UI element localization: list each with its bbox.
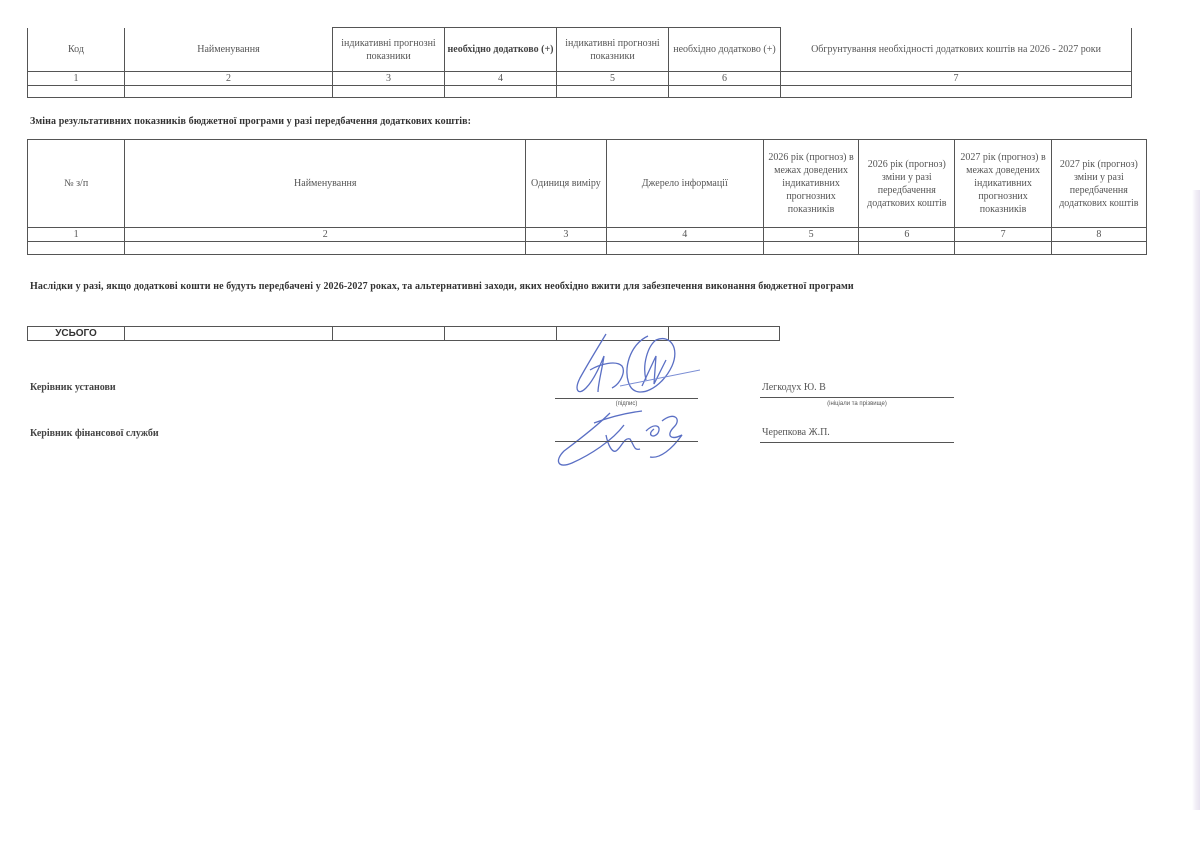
header-2027-change: 2027 рік (прогноз) зміни у разі передбач… (1051, 140, 1146, 228)
col-number: 1 (28, 228, 125, 242)
col-number: 5 (763, 228, 858, 242)
header-number: № з/п (28, 140, 125, 228)
finance-signature-line (555, 441, 698, 442)
table-cell[interactable] (125, 242, 526, 255)
head-name-line (760, 397, 954, 398)
table1-header-row: Код Найменування індикативні прогнозні п… (28, 28, 1132, 72)
col-number: 4 (606, 228, 763, 242)
table1-number-row: 1 2 3 4 5 6 7 (28, 72, 1132, 86)
total-cell[interactable] (125, 327, 333, 341)
col-number: 7 (781, 72, 1132, 86)
head-of-finance-label: Керівник фінансової служби (30, 428, 159, 439)
table-cell[interactable] (526, 242, 606, 255)
table-cell[interactable] (1051, 242, 1146, 255)
finance-name: Черепкова Ж.П. (762, 427, 830, 438)
col-number: 4 (445, 72, 557, 86)
header-unit: Одиниця виміру (526, 140, 606, 228)
scan-edge (1192, 190, 1200, 810)
finance-name-line (760, 442, 954, 443)
section-title-indicators: Зміна результативних показників бюджетно… (30, 116, 471, 127)
table-cell[interactable] (955, 242, 1051, 255)
col-number: 6 (859, 228, 955, 242)
table-row (28, 86, 1132, 98)
header-additional-2027: необхідно додатково (+) (669, 28, 781, 72)
head-signature-line (555, 398, 698, 399)
total-cell[interactable] (333, 327, 445, 341)
header-additional-2026: необхідно додатково (+) (445, 28, 557, 72)
header-2026-change: 2026 рік (прогноз) зміни у разі передбач… (859, 140, 955, 228)
header-indicative-2027: індикативні прогнозні показники (557, 28, 669, 72)
table-cell[interactable] (333, 86, 445, 98)
finance-signature-icon (550, 405, 700, 470)
head-name: Легкодух Ю. В (762, 382, 826, 393)
col-number: 8 (1051, 228, 1146, 242)
header-name: Найменування (125, 140, 526, 228)
total-cell[interactable] (445, 327, 557, 341)
header-justification: Обгрунтування необхідності додаткових ко… (781, 28, 1132, 72)
table2-header-row: № з/п Найменування Одиниця виміру Джерел… (28, 140, 1147, 228)
table-cell[interactable] (859, 242, 955, 255)
col-number: 3 (333, 72, 445, 86)
table-cell[interactable] (445, 86, 557, 98)
header-2027-indicative: 2027 рік (прогноз) в межах доведених інд… (955, 140, 1051, 228)
table-cell[interactable] (125, 86, 333, 98)
additional-funds-table: Код Найменування індикативні прогнозні п… (27, 27, 1132, 98)
col-number: 2 (125, 228, 526, 242)
performance-indicators-table: № з/п Найменування Одиниця виміру Джерел… (27, 139, 1147, 255)
table-cell[interactable] (557, 86, 669, 98)
table-cell[interactable] (28, 242, 125, 255)
header-2026-indicative: 2026 рік (прогноз) в межах доведених інд… (763, 140, 858, 228)
head-of-institution-label: Керівник установи (30, 382, 116, 393)
header-source: Джерело інформації (606, 140, 763, 228)
col-number: 2 (125, 72, 333, 86)
name-caption: (ініціали та прізвище) (760, 401, 954, 407)
header-code: Код (28, 28, 125, 72)
head-signature-icon (560, 330, 700, 405)
table-cell[interactable] (28, 86, 125, 98)
col-number: 6 (669, 72, 781, 86)
table-cell[interactable] (763, 242, 858, 255)
table2-number-row: 1 2 3 4 5 6 7 8 (28, 228, 1147, 242)
col-number: 5 (557, 72, 669, 86)
header-name: Найменування (125, 28, 333, 72)
table-cell[interactable] (606, 242, 763, 255)
table-cell[interactable] (669, 86, 781, 98)
col-number: 7 (955, 228, 1051, 242)
col-number: 1 (28, 72, 125, 86)
header-indicative-2026: індикативні прогнозні показники (333, 28, 445, 72)
table-cell[interactable] (781, 86, 1132, 98)
section-title-consequences: Наслідки у разі, якщо додаткові кошти не… (30, 281, 854, 292)
col-number: 3 (526, 228, 606, 242)
table-row (28, 242, 1147, 255)
total-label: УСЬОГО (28, 327, 125, 341)
